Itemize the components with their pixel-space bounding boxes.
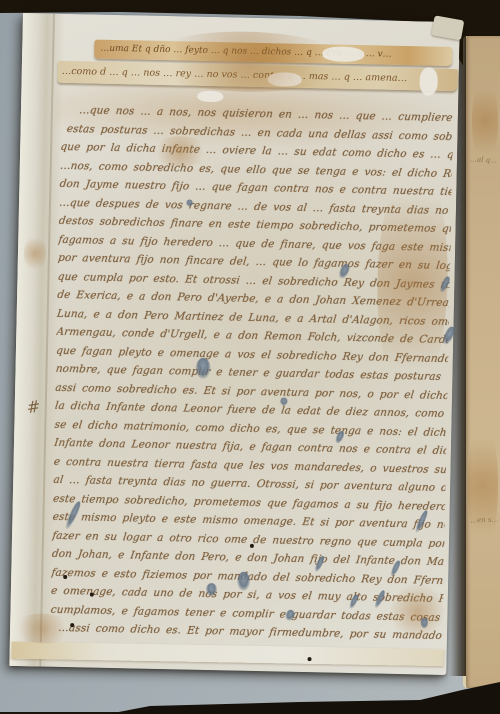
wormhole bbox=[70, 623, 74, 627]
wormhole bbox=[63, 575, 67, 579]
page-corner-curl bbox=[431, 15, 464, 40]
wormhole bbox=[90, 593, 94, 597]
ink-smudge bbox=[186, 199, 193, 206]
foxing-stain bbox=[468, 416, 498, 556]
manuscript-page: …uma Et q dño … feyto … q nos … dichos …… bbox=[9, 13, 460, 675]
wormhole bbox=[307, 657, 311, 661]
damage-patch bbox=[419, 67, 438, 95]
manuscript-photograph: …al q… …en s… …uma Et q dño … feyto … q … bbox=[0, 0, 500, 714]
wormhole bbox=[250, 544, 254, 548]
hash-margin-mark: # bbox=[26, 396, 40, 417]
foxing-stain bbox=[472, 76, 498, 166]
under-page-folio: …al q… …en s… bbox=[463, 36, 500, 688]
damage-patch bbox=[197, 91, 223, 103]
